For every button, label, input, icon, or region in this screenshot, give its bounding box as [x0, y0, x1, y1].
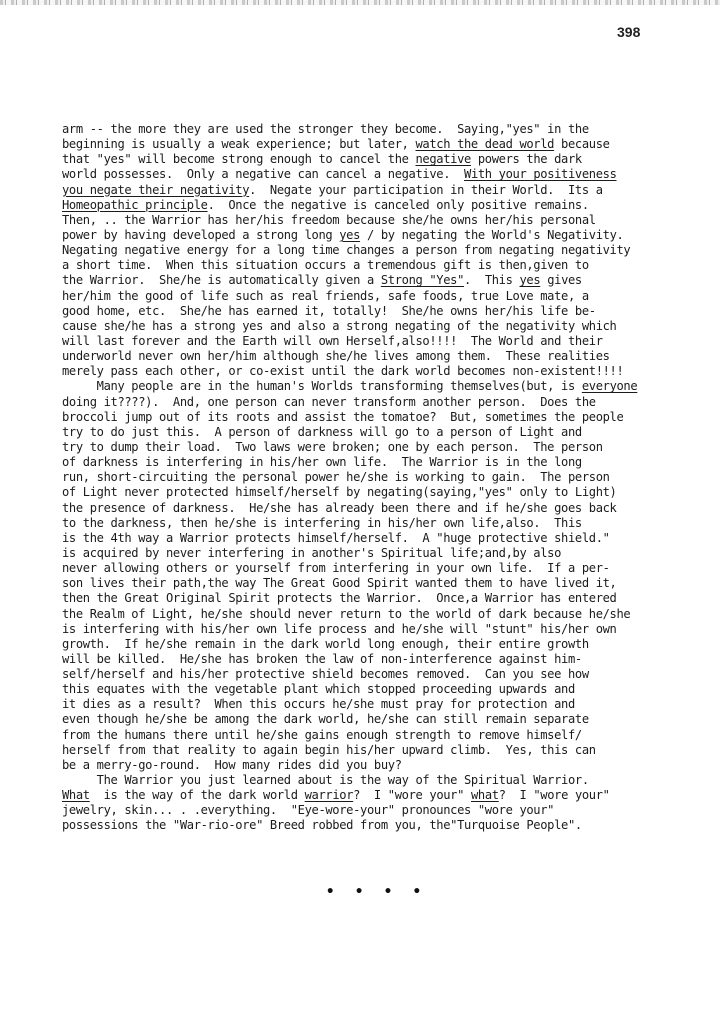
- text-line: to the darkness, then he/she is interfer…: [62, 516, 702, 531]
- text-run: run, short-circuiting the personal power…: [62, 470, 610, 484]
- text-run: gives: [540, 273, 582, 287]
- text-line: possessions the "War-rio-ore" Breed robb…: [62, 818, 702, 833]
- text-line: Then, .. the Warrior has her/his freedom…: [62, 213, 702, 228]
- text-run: is the 4th way a Warrior protects himsel…: [62, 531, 610, 545]
- text-line: son lives their path,the way The Great G…: [62, 576, 702, 591]
- text-line: is the 4th way a Warrior protects himsel…: [62, 531, 702, 546]
- text-run: good home, etc. She/he has earned it, to…: [62, 304, 596, 318]
- document-body: arm -- the more they are used the strong…: [62, 122, 702, 834]
- underlined-text: watch the dead world: [415, 137, 554, 151]
- text-run: it dies as a result? When this occurs he…: [62, 697, 575, 711]
- text-line: you negate their negativity. Negate your…: [62, 183, 702, 198]
- text-run: . Once the negative is canceled only pos…: [208, 198, 589, 212]
- text-line: that "yes" will become strong enough to …: [62, 152, 702, 167]
- text-line: of darkness is interfering in his/her ow…: [62, 455, 702, 470]
- text-line: doing it????). And, one person can never…: [62, 395, 702, 410]
- underlined-text: what: [471, 788, 499, 802]
- text-run: of Light never protected himself/herself…: [62, 485, 617, 499]
- underlined-text: yes: [339, 228, 360, 242]
- text-run: herself from that reality to again begin…: [62, 743, 596, 757]
- text-run: Many people are in the human's Worlds tr…: [62, 379, 582, 393]
- text-line: jewelry, skin... . .everything. "Eye-wor…: [62, 803, 702, 818]
- text-run: broccoli jump out of its roots and assis…: [62, 410, 623, 424]
- text-line: cause she/he has a strong yes and also a…: [62, 319, 702, 334]
- text-run: doing it????). And, one person can never…: [62, 395, 596, 409]
- text-run: Then, .. the Warrior has her/his freedom…: [62, 213, 596, 227]
- section-end-dots: • • • •: [326, 884, 427, 900]
- text-line: from the humans there until he/she gains…: [62, 728, 702, 743]
- text-run: . This: [464, 273, 519, 287]
- underlined-text: Strong "Yes": [381, 273, 464, 287]
- text-line: a short time. When this situation occurs…: [62, 258, 702, 273]
- text-run: merely pass each other, or co-exist unti…: [62, 364, 623, 378]
- text-run: will last forever and the Earth will own…: [62, 334, 603, 348]
- text-line: never allowing others or yourself from i…: [62, 561, 702, 576]
- text-run: try to do just this. A person of darknes…: [62, 425, 582, 439]
- text-line: growth. If he/she remain in the dark wor…: [62, 637, 702, 652]
- text-run: self/herself and his/her protective shie…: [62, 667, 589, 681]
- text-run: is interfering with his/her own life pro…: [62, 622, 617, 636]
- text-line: underworld never own her/him although sh…: [62, 349, 702, 364]
- text-line: Many people are in the human's Worlds tr…: [62, 379, 702, 394]
- text-run: jewelry, skin... . .everything. "Eye-wor…: [62, 803, 554, 817]
- text-line: will last forever and the Earth will own…: [62, 334, 702, 349]
- text-run: the Warrior. She/he is automatically giv…: [62, 273, 381, 287]
- text-run: power by having developed a strong long: [62, 228, 339, 242]
- text-run: beginning is usually a weak experience; …: [62, 137, 415, 151]
- text-line: herself from that reality to again begin…: [62, 743, 702, 758]
- scan-edge-artifact: [0, 0, 720, 5]
- text-line: the Realm of Light, he/she should never …: [62, 607, 702, 622]
- text-run: is the way of the dark world: [90, 788, 305, 802]
- text-run: The Warrior you just learned about is th…: [62, 773, 589, 787]
- text-line: the presence of darkness. He/she has alr…: [62, 501, 702, 516]
- text-line: The Warrior you just learned about is th…: [62, 773, 702, 788]
- text-line: try to dump their load. Two laws were br…: [62, 440, 702, 455]
- text-line: her/him the good of life such as real fr…: [62, 289, 702, 304]
- text-run: the Realm of Light, he/she should never …: [62, 607, 630, 621]
- text-run: because: [554, 137, 609, 151]
- text-line: Negating negative energy for a long time…: [62, 243, 702, 258]
- text-run: is acquired by never interfering in anot…: [62, 546, 561, 560]
- text-line: it dies as a result? When this occurs he…: [62, 697, 702, 712]
- text-line: is interfering with his/her own life pro…: [62, 622, 702, 637]
- text-run: Negating negative energy for a long time…: [62, 243, 630, 257]
- text-line: even though he/she be among the dark wor…: [62, 712, 702, 727]
- text-run: never allowing others or yourself from i…: [62, 561, 610, 575]
- text-line: is acquired by never interfering in anot…: [62, 546, 702, 561]
- text-line: run, short-circuiting the personal power…: [62, 470, 702, 485]
- text-line: arm -- the more they are used the strong…: [62, 122, 702, 137]
- text-run: ? I "wore your": [499, 788, 610, 802]
- text-run: arm -- the more they are used the strong…: [62, 122, 589, 136]
- text-line: of Light never protected himself/herself…: [62, 485, 702, 500]
- underlined-text: negative: [415, 152, 470, 166]
- text-run: even though he/she be among the dark wor…: [62, 712, 589, 726]
- text-line: will be killed. He/she has broken the la…: [62, 652, 702, 667]
- text-run: will be killed. He/she has broken the la…: [62, 652, 582, 666]
- text-line: try to do just this. A person of darknes…: [62, 425, 702, 440]
- text-run: that "yes" will become strong enough to …: [62, 152, 415, 166]
- text-line: be a merry-go-round. How many rides did …: [62, 758, 702, 773]
- text-run: growth. If he/she remain in the dark wor…: [62, 637, 589, 651]
- text-run: her/him the good of life such as real fr…: [62, 289, 589, 303]
- text-run: of darkness is interfering in his/her ow…: [62, 455, 582, 469]
- text-run: the presence of darkness. He/she has alr…: [62, 501, 617, 515]
- text-run: be a merry-go-round. How many rides did …: [62, 758, 402, 772]
- text-run: / by negating the World's Negativity.: [360, 228, 623, 242]
- text-line: broccoli jump out of its roots and assis…: [62, 410, 702, 425]
- page-number: 398: [617, 24, 640, 40]
- text-line: good home, etc. She/he has earned it, to…: [62, 304, 702, 319]
- text-line: beginning is usually a weak experience; …: [62, 137, 702, 152]
- text-run: possessions the "War-rio-ore" Breed robb…: [62, 818, 582, 832]
- text-line: then the Great Original Spirit protects …: [62, 591, 702, 606]
- text-line: this equates with the vegetable plant wh…: [62, 682, 702, 697]
- underlined-text: With your positiveness: [464, 167, 616, 181]
- text-run: then the Great Original Spirit protects …: [62, 591, 617, 605]
- text-run: try to dump their load. Two laws were br…: [62, 440, 603, 454]
- text-run: son lives their path,the way The Great G…: [62, 576, 617, 590]
- text-run: . Negate your participation in their Wor…: [249, 183, 602, 197]
- text-run: underworld never own her/him although sh…: [62, 349, 610, 363]
- text-run: this equates with the vegetable plant wh…: [62, 682, 575, 696]
- underlined-text: everyone: [582, 379, 637, 393]
- text-run: to the darkness, then he/she is interfer…: [62, 516, 582, 530]
- text-run: a short time. When this situation occurs…: [62, 258, 589, 272]
- text-line: power by having developed a strong long …: [62, 228, 702, 243]
- text-line: the Warrior. She/he is automatically giv…: [62, 273, 702, 288]
- text-line: world possesses. Only a negative can can…: [62, 167, 702, 182]
- text-run: cause she/he has a strong yes and also a…: [62, 319, 617, 333]
- text-run: world possesses. Only a negative can can…: [62, 167, 464, 181]
- underlined-text: warrior: [305, 788, 354, 802]
- underlined-text: Homeopathic principle: [62, 198, 208, 212]
- text-run: from the humans there until he/she gains…: [62, 728, 582, 742]
- underlined-text: What: [62, 788, 90, 802]
- text-run: ? I "wore your": [353, 788, 471, 802]
- underlined-text: yes: [519, 273, 540, 287]
- text-line: merely pass each other, or co-exist unti…: [62, 364, 702, 379]
- text-line: What is the way of the dark world warrio…: [62, 788, 702, 803]
- text-line: self/herself and his/her protective shie…: [62, 667, 702, 682]
- text-line: Homeopathic principle. Once the negative…: [62, 198, 702, 213]
- underlined-text: you negate their negativity: [62, 183, 249, 197]
- text-run: powers the dark: [471, 152, 582, 166]
